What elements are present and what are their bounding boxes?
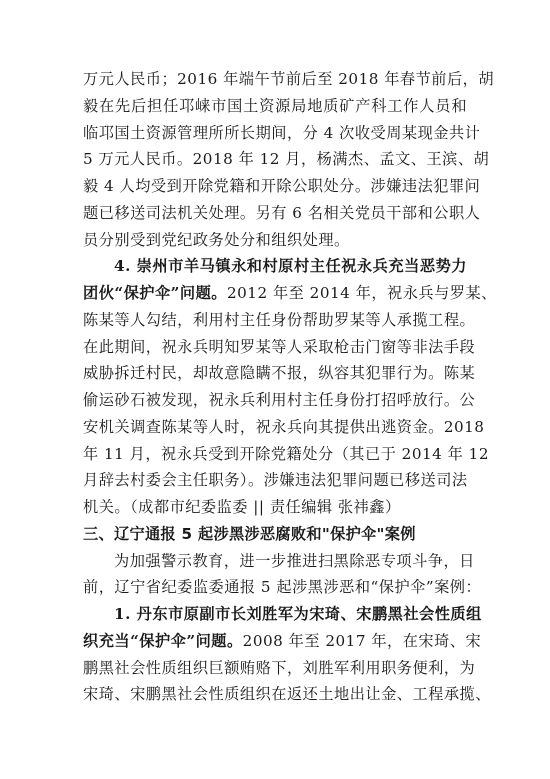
case-title-tail: 团伙“保护伞”问题。 [83,284,227,302]
body-line: 5 万元人民币。2018 年 12 月，杨满杰、孟文、王滨、胡 [83,146,467,173]
source-editor-line: 机关。（成都市纪委监委 || 责任编辑 张祎鑫） [83,494,467,521]
document-page: 万元人民币；2016 年端午节前后至 2018 年春节前后，胡 毅在先后担任邛崃… [83,66,467,708]
body-line: 威胁拆迁村民，却故意隐瞒不报，纵容其犯罪行为。陈某 [83,360,467,387]
body-line: 月辞去村委会主任职务）。涉嫌违法犯罪问题已移送司法 [83,467,467,494]
body-line: 在此期间，祝永兵明知罗某等人采取枪击门窗等非法手段 [83,334,467,361]
body-line: 偷运砂石被发现，祝永兵利用村主任身份打招呼放行。公 [83,387,467,414]
body-line: 临邛国土资源管理所所长期间，分 4 次收受周某现金共计 [83,120,467,147]
body-line: 为加强警示教育，进一步推进扫黑除恶专项斗争，日 [83,548,467,575]
case-title-continuation: 织充当“保护伞”问题。2008 年至 2017 年，在宋琦、宋 [83,628,467,655]
case-title-tail: 织充当“保护伞”问题。 [83,632,243,650]
body-line: 宋琦、宋鹏黑社会性质组织在返还土地出让金、工程承揽、 [83,681,467,708]
case-title-line: 1. 丹东市原副市长刘胜军为宋琦、宋鹏黑社会性质组 [83,601,467,628]
body-line: 员分别受到党纪政务处分和组织处理。 [83,227,467,254]
body-line: 毅在先后担任邛崃市国土资源局地质矿产科工作人员和 [83,93,467,120]
body-line: 安机关调查陈某等人时，祝永兵向其提供出逃资金。2018 [83,414,467,441]
body-text: 2012 年至 2014 年，祝永兵与罗某、 [227,284,497,302]
section-heading: 三、辽宁通报 5 起涉黑涉恶腐败和"保护伞"案例 [83,521,467,548]
body-line: 题已移送司法机关处理。另有 6 名相关党员干部和公职人 [83,200,467,227]
body-line: 陈某等人勾结，利用村主任身份帮助罗某等人承揽工程。 [83,307,467,334]
case-title-line: 4. 崇州市羊马镇永和村原村主任祝永兵充当恶势力 [83,253,467,280]
body-line: 鹏黑社会性质组织巨额贿赂下，刘胜军利用职务便利，为 [83,655,467,682]
case-title-continuation: 团伙“保护伞”问题。2012 年至 2014 年，祝永兵与罗某、 [83,280,467,307]
body-line: 毅 4 人均受到开除党籍和开除公职处分。涉嫌违法犯罪问 [83,173,467,200]
body-line: 万元人民币；2016 年端午节前后至 2018 年春节前后，胡 [83,66,467,93]
body-text: 2008 年至 2017 年，在宋琦、宋 [243,632,481,650]
body-line: 前，辽宁省纪委监委通报 5 起涉黑涉恶和“保护伞”案例： [83,574,467,601]
body-line: 年 11 月，祝永兵受到开除党籍处分（其已于 2014 年 12 [83,441,467,468]
